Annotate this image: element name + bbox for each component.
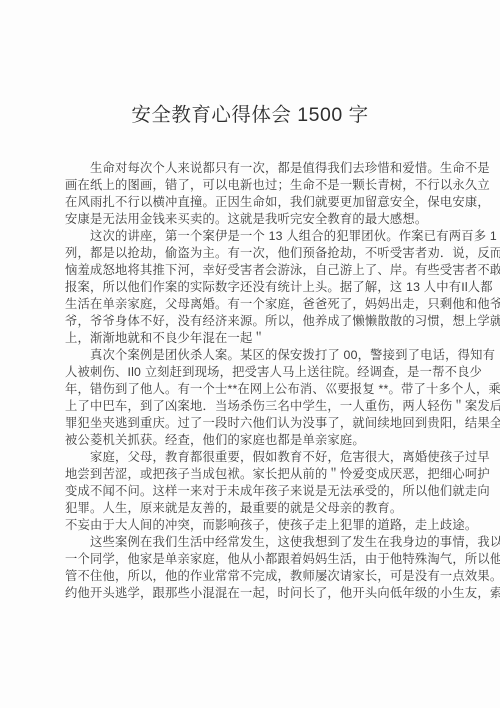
paragraph: 家庭，父母，教育都很重要，假如教育不好，危害很大，离婚使孩子过早地尝到苦涩，或把… xyxy=(65,449,470,517)
text-line: 真次个案例是团伙杀人案。某区的保安拨打了 00，警接到了电话，得知有 xyxy=(65,347,470,364)
text-line: 犯罪。人生，原来就是友善的，最重要的就是父母亲的教育。 xyxy=(65,500,470,517)
paragraph: 这些案例在我们生活中经常发生，这使我想到了发生在我身边的事情，我以前有一个同学，… xyxy=(65,534,470,602)
paragraph: 这次的讲座，第一个案伊是一个 13 人组合的犯罪团伙。作案已有两百多 1列，都是… xyxy=(65,228,470,347)
text-line: 不妄由于大人间的冲突，而影响孩子，使孩子走上犯罪的道路，走上歧途。 xyxy=(65,517,470,534)
paragraph: 真次个案例是团伙杀人案。某区的保安拨打了 00，警接到了电话，得知有人被刺伤、I… xyxy=(65,347,470,449)
text-line: 画在纸上的图画，错了，可以电新也过；生命不是一颗长青树，不行以永久立 xyxy=(65,177,470,194)
text-line: 约他开头逃学，跟那些小混混在一起，时问长了，他开头向低年级的小生友，索要钱 xyxy=(65,585,470,602)
text-line: 年，错伤到了他人。有一个士**在网上公布消、巛要报复 **。带了十多个人，乘 xyxy=(65,381,470,398)
document-title: 安全教育心得体会 1500 字 xyxy=(0,0,500,127)
document-body: 生命对每次个人来说都只有一次，都是值得我们去珍惜和爱惜。生命不是画在纸上的图画，… xyxy=(65,160,470,602)
text-line: 罪犯坐夹逃到重庆。过了一段时六他们认为没事了，就间续地回到贵阳，结果全 xyxy=(65,415,470,432)
text-line: 地尝到苦涩，或把孩子当成包袱。家长把从前的＂怜爱变成厌恶，把细心呵护 xyxy=(65,466,470,483)
text-line: 在风雨扎不行以横冲直撞。正因生命如，我们就要更加留意安全，保电安康， xyxy=(65,194,470,211)
paragraph: 不妄由于大人间的冲突，而影响孩子，使孩子走上犯罪的道路，走上歧途。 xyxy=(65,517,470,534)
text-line: 爷，爷爷身体不好，没有经济来源。所以，他养成了懒懒散散的习惯，想上学就 xyxy=(65,313,470,330)
text-line: 人被刺伤、Il0 立刻赶到现场，把受害人马上送往院。经调查，是一帮不良少 xyxy=(65,364,470,381)
text-line: 上，渐渐地就和不良少年混在一起＂ xyxy=(65,330,470,347)
text-line: 这次的讲座，第一个案伊是一个 13 人组合的犯罪团伙。作案已有两百多 1 xyxy=(65,228,470,245)
document-page: 安全教育心得体会 1500 字 生命对每次个人来说都只有一次，都是值得我们去珍惜… xyxy=(0,0,500,708)
text-line: 列，都是以抢劫，偷盗为主。有一次，他们预备抢劫，不听受害者劝．说，反而 xyxy=(65,245,470,262)
text-line: 被公菱机关抓获。经查，他们的家庭也都是单亲家庭。 xyxy=(65,432,470,449)
paragraph: 生命对每次个人来说都只有一次，都是值得我们去珍惜和爱惜。生命不是画在纸上的图画，… xyxy=(65,160,470,228)
text-line: 报案，所以他们作案的实际数字还没有统计上头。据了解，这 13 人中有Il人都 xyxy=(65,279,470,296)
text-line: 上了中巴车，到了凶案地．当场杀伤三名中学生，一人重伤，两人轻伤＂案发后 xyxy=(65,398,470,415)
text-line: 安康是无法用金钱来买卖的。这就是我听完安全教育的最大感想。 xyxy=(65,211,470,228)
text-line: 一个同学，他家是单亲家庭，他从小都跟着妈妈生活，由于他特殊淘气，所以他妈妈 xyxy=(65,551,470,568)
text-line: 生命对每次个人来说都只有一次，都是值得我们去珍惜和爱惜。生命不是 xyxy=(65,160,470,177)
text-line: 管不住他，所以，他的作业常常不完成，教师屡次请家长，可是没有一点效果。慢慢 xyxy=(65,568,470,585)
text-line: 变成不闻不问。这样一来对于未成年孩子来说是无法承受的，所以他们就走向 xyxy=(65,483,470,500)
text-line: 恼羞成怒地将其推下河，幸好受害者会游泳，自己游上了、岸。有些受害者不敢 xyxy=(65,262,470,279)
text-line: 家庭，父母，教育都很重要，假如教育不好，危害很大，离婚使孩子过早 xyxy=(65,449,470,466)
text-line: 这些案例在我们生活中经常发生，这使我想到了发生在我身边的事情，我以前有 xyxy=(65,534,470,551)
text-line: 生活在单亲家庭，父母离婚。有一个家庭，爸爸死了，妈妈出走，只剩他和他爷 xyxy=(65,296,470,313)
